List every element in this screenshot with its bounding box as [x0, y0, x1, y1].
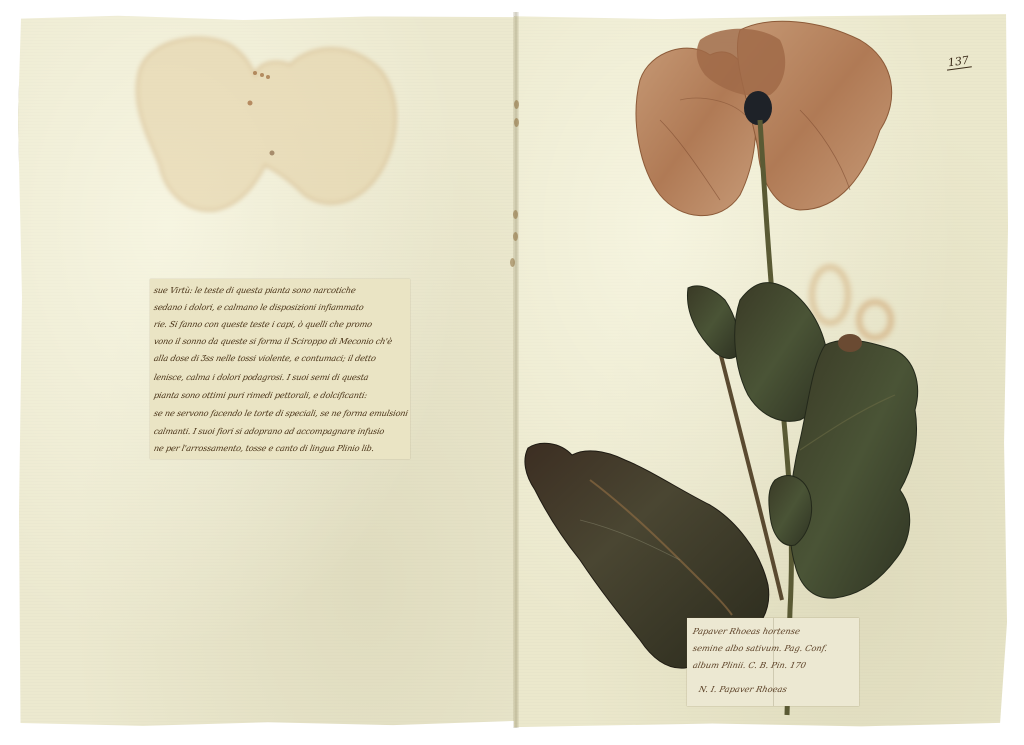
note-line: ne per l'arrossamento, tosse e canto di … — [153, 443, 409, 453]
note-line: se ne servono facendo le torte di specia… — [153, 408, 409, 418]
foxing-spot — [514, 100, 519, 109]
note-line: sedano i dolori, e calmano le disposizio… — [153, 302, 409, 312]
note-line: pianta sono ottimi puri rimedi pettorali… — [153, 390, 409, 400]
note-line: vono il sonno da queste si forma il Scir… — [153, 336, 409, 346]
foxing-spot — [513, 210, 518, 219]
handwritten-note: sue Virtù: le teste di questa pianta son… — [150, 279, 410, 459]
label-line: N. I. Papaver Rhoeas — [698, 684, 788, 694]
label-line: semine albo sativum. Pag. Conf. — [692, 643, 828, 653]
note-line: alla dose di Ʒss nelle tossi violente, e… — [153, 353, 409, 363]
specimen-label: Papaver Rhoeas hortense semine albo sati… — [687, 618, 859, 706]
note-line: sue Virtù: le teste di questa pianta son… — [153, 285, 409, 295]
label-line: Papaver Rhoeas hortense — [692, 626, 801, 636]
label-line: album Plinii. C. B. Pin. 170 — [692, 660, 807, 670]
note-line: calmanti. I suoi fiori si adoprano ad ac… — [153, 426, 409, 436]
foxing-spot — [514, 118, 519, 127]
note-line: rie. Si fanno con queste teste i capi, ò… — [153, 319, 409, 329]
pressed-poppy-specimen — [520, 10, 940, 720]
poppy-ghost-stain — [130, 25, 400, 215]
note-line: lenisce, calma i dolori podagrosi. I suo… — [153, 372, 409, 382]
foxing-spot — [513, 232, 518, 241]
poppy-capsule — [744, 91, 772, 125]
foxing-spot — [510, 258, 515, 267]
